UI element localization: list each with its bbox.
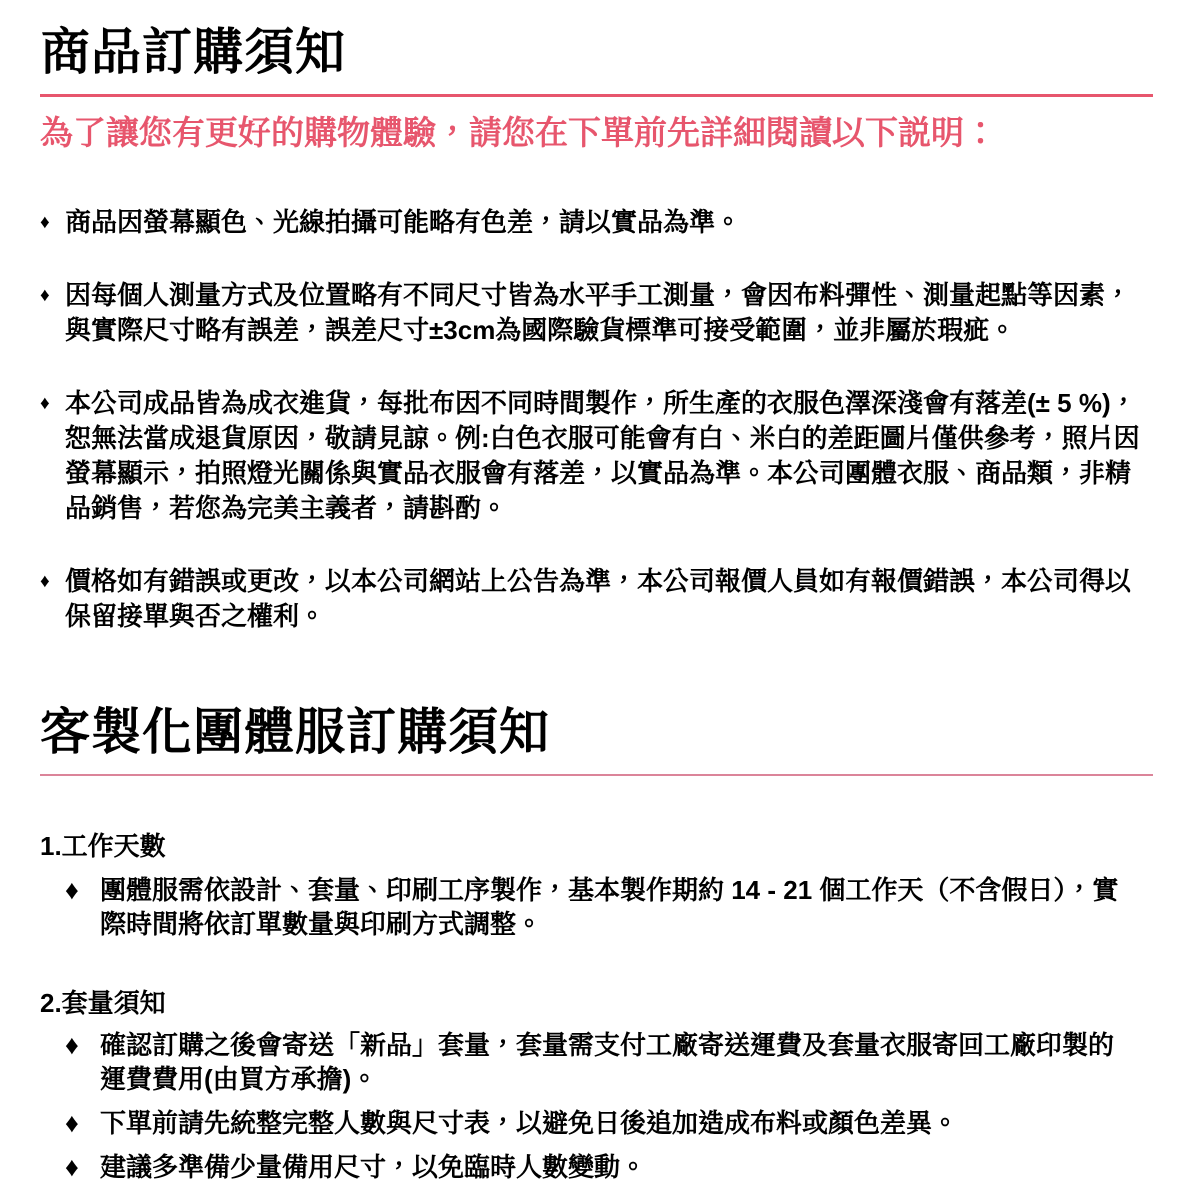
notice-item-text: 團體服需依設計、套量、印刷工序製作，基本製作期約 14 - 21 個工作天（不含…	[100, 873, 1127, 941]
notice-item-text: 下單前請先統整完整人數與尺寸表，以避免日後追加造成布料或顏色差異。	[100, 1106, 958, 1140]
diamond-bullet-icon: ♦	[65, 1150, 92, 1181]
notice-content: 商品訂購須知 為了讓您有更好的購物體驗，請您在下單前先詳細閱讀以下説明： ♦ 商…	[40, 24, 1153, 1181]
notice-item-text: 建議多準備少量備用尺寸，以免臨時人數變動。	[100, 1150, 646, 1181]
notice-item: ♦ 商品因螢幕顯色、光線拍攝可能略有色差，請以實品為準。	[40, 205, 1153, 240]
numbered-item-sizing: 2.套量須知 ♦ 確認訂購之後會寄送「新品」套量，套量需支付工廠寄送運費及套量衣…	[40, 989, 1153, 1181]
notice-item-text: 價格如有錯誤或更改，以本公司網站上公告為準，本公司報價人員如有報價錯誤，本公司得…	[65, 564, 1153, 634]
numbered-item-workdays: 1.工作天數 ♦ 團體服需依設計、套量、印刷工序製作，基本製作期約 14 - 2…	[40, 832, 1153, 941]
notice-item: ♦ 本公司成品皆為成衣進貨，每批布因不同時間製作，所生產的衣服色澤深淺會有落差(…	[40, 386, 1153, 526]
numbered-item-label: 1.工作天數	[40, 832, 1153, 861]
notice-item: ♦ 團體服需依設計、套量、印刷工序製作，基本製作期約 14 - 21 個工作天（…	[65, 873, 1127, 941]
diamond-bullet-icon: ♦	[65, 873, 92, 907]
diamond-bullet-icon: ♦	[65, 1028, 92, 1062]
notice-item: ♦ 確認訂購之後會寄送「新品」套量，套量需支付工廠寄送運費及套量衣服寄回工廠印製…	[65, 1028, 1127, 1096]
notice-item: ♦ 價格如有錯誤或更改，以本公司網站上公告為準，本公司報價人員如有報價錯誤，本公…	[40, 564, 1153, 634]
notice-item-text: 確認訂購之後會寄送「新品」套量，套量需支付工廠寄送運費及套量衣服寄回工廠印製的運…	[100, 1028, 1127, 1096]
custom-title-divider	[40, 774, 1153, 776]
notice-item: ♦ 下單前請先統整完整人數與尺寸表，以避免日後追加造成布料或顏色差異。	[65, 1106, 1127, 1140]
notice-page: { "theme": { "accent": "#e7566d", "divid…	[0, 0, 1181, 1181]
sizing-bullet-list: ♦ 確認訂購之後會寄送「新品」套量，套量需支付工廠寄送運費及套量衣服寄回工廠印製…	[40, 1028, 1153, 1181]
custom-notice-section: 客製化團體服訂購須知 1.工作天數 ♦ 團體服需依設計、套量、印刷工序製作，基本…	[40, 704, 1153, 1181]
diamond-bullet-icon: ♦	[40, 564, 56, 599]
title-divider	[40, 94, 1153, 97]
diamond-bullet-icon: ♦	[40, 386, 56, 421]
diamond-bullet-icon: ♦	[40, 278, 56, 313]
notice-item-text: 本公司成品皆為成衣進貨，每批布因不同時間製作，所生產的衣服色澤深淺會有落差(± …	[65, 386, 1153, 526]
notice-item-text: 因每個人測量方式及位置略有不同尺寸皆為水平手工測量，會因布料彈性、測量起點等因素…	[65, 278, 1153, 348]
product-notice-title: 商品訂購須知	[40, 24, 1153, 80]
custom-notice-title: 客製化團體服訂購須知	[40, 704, 1153, 760]
workdays-bullet-list: ♦ 團體服需依設計、套量、印刷工序製作，基本製作期約 14 - 21 個工作天（…	[40, 873, 1153, 941]
notice-item: ♦ 因每個人測量方式及位置略有不同尺寸皆為水平手工測量，會因布料彈性、測量起點等…	[40, 278, 1153, 348]
numbered-item-label: 2.套量須知	[40, 989, 1153, 1018]
diamond-bullet-icon: ♦	[40, 205, 56, 240]
notice-item: ♦ 建議多準備少量備用尺寸，以免臨時人數變動。	[65, 1150, 1127, 1181]
diamond-bullet-icon: ♦	[65, 1106, 92, 1140]
product-notice-section: 商品訂購須知 為了讓您有更好的購物體驗，請您在下單前先詳細閱讀以下説明： ♦ 商…	[40, 24, 1153, 634]
notice-item-text: 商品因螢幕顯色、光線拍攝可能略有色差，請以實品為準。	[65, 205, 741, 240]
product-notice-list: ♦ 商品因螢幕顯色、光線拍攝可能略有色差，請以實品為準。 ♦ 因每個人測量方式及…	[40, 205, 1153, 635]
product-notice-subtitle: 為了讓您有更好的購物體驗，請您在下單前先詳細閱讀以下説明：	[40, 113, 1153, 153]
